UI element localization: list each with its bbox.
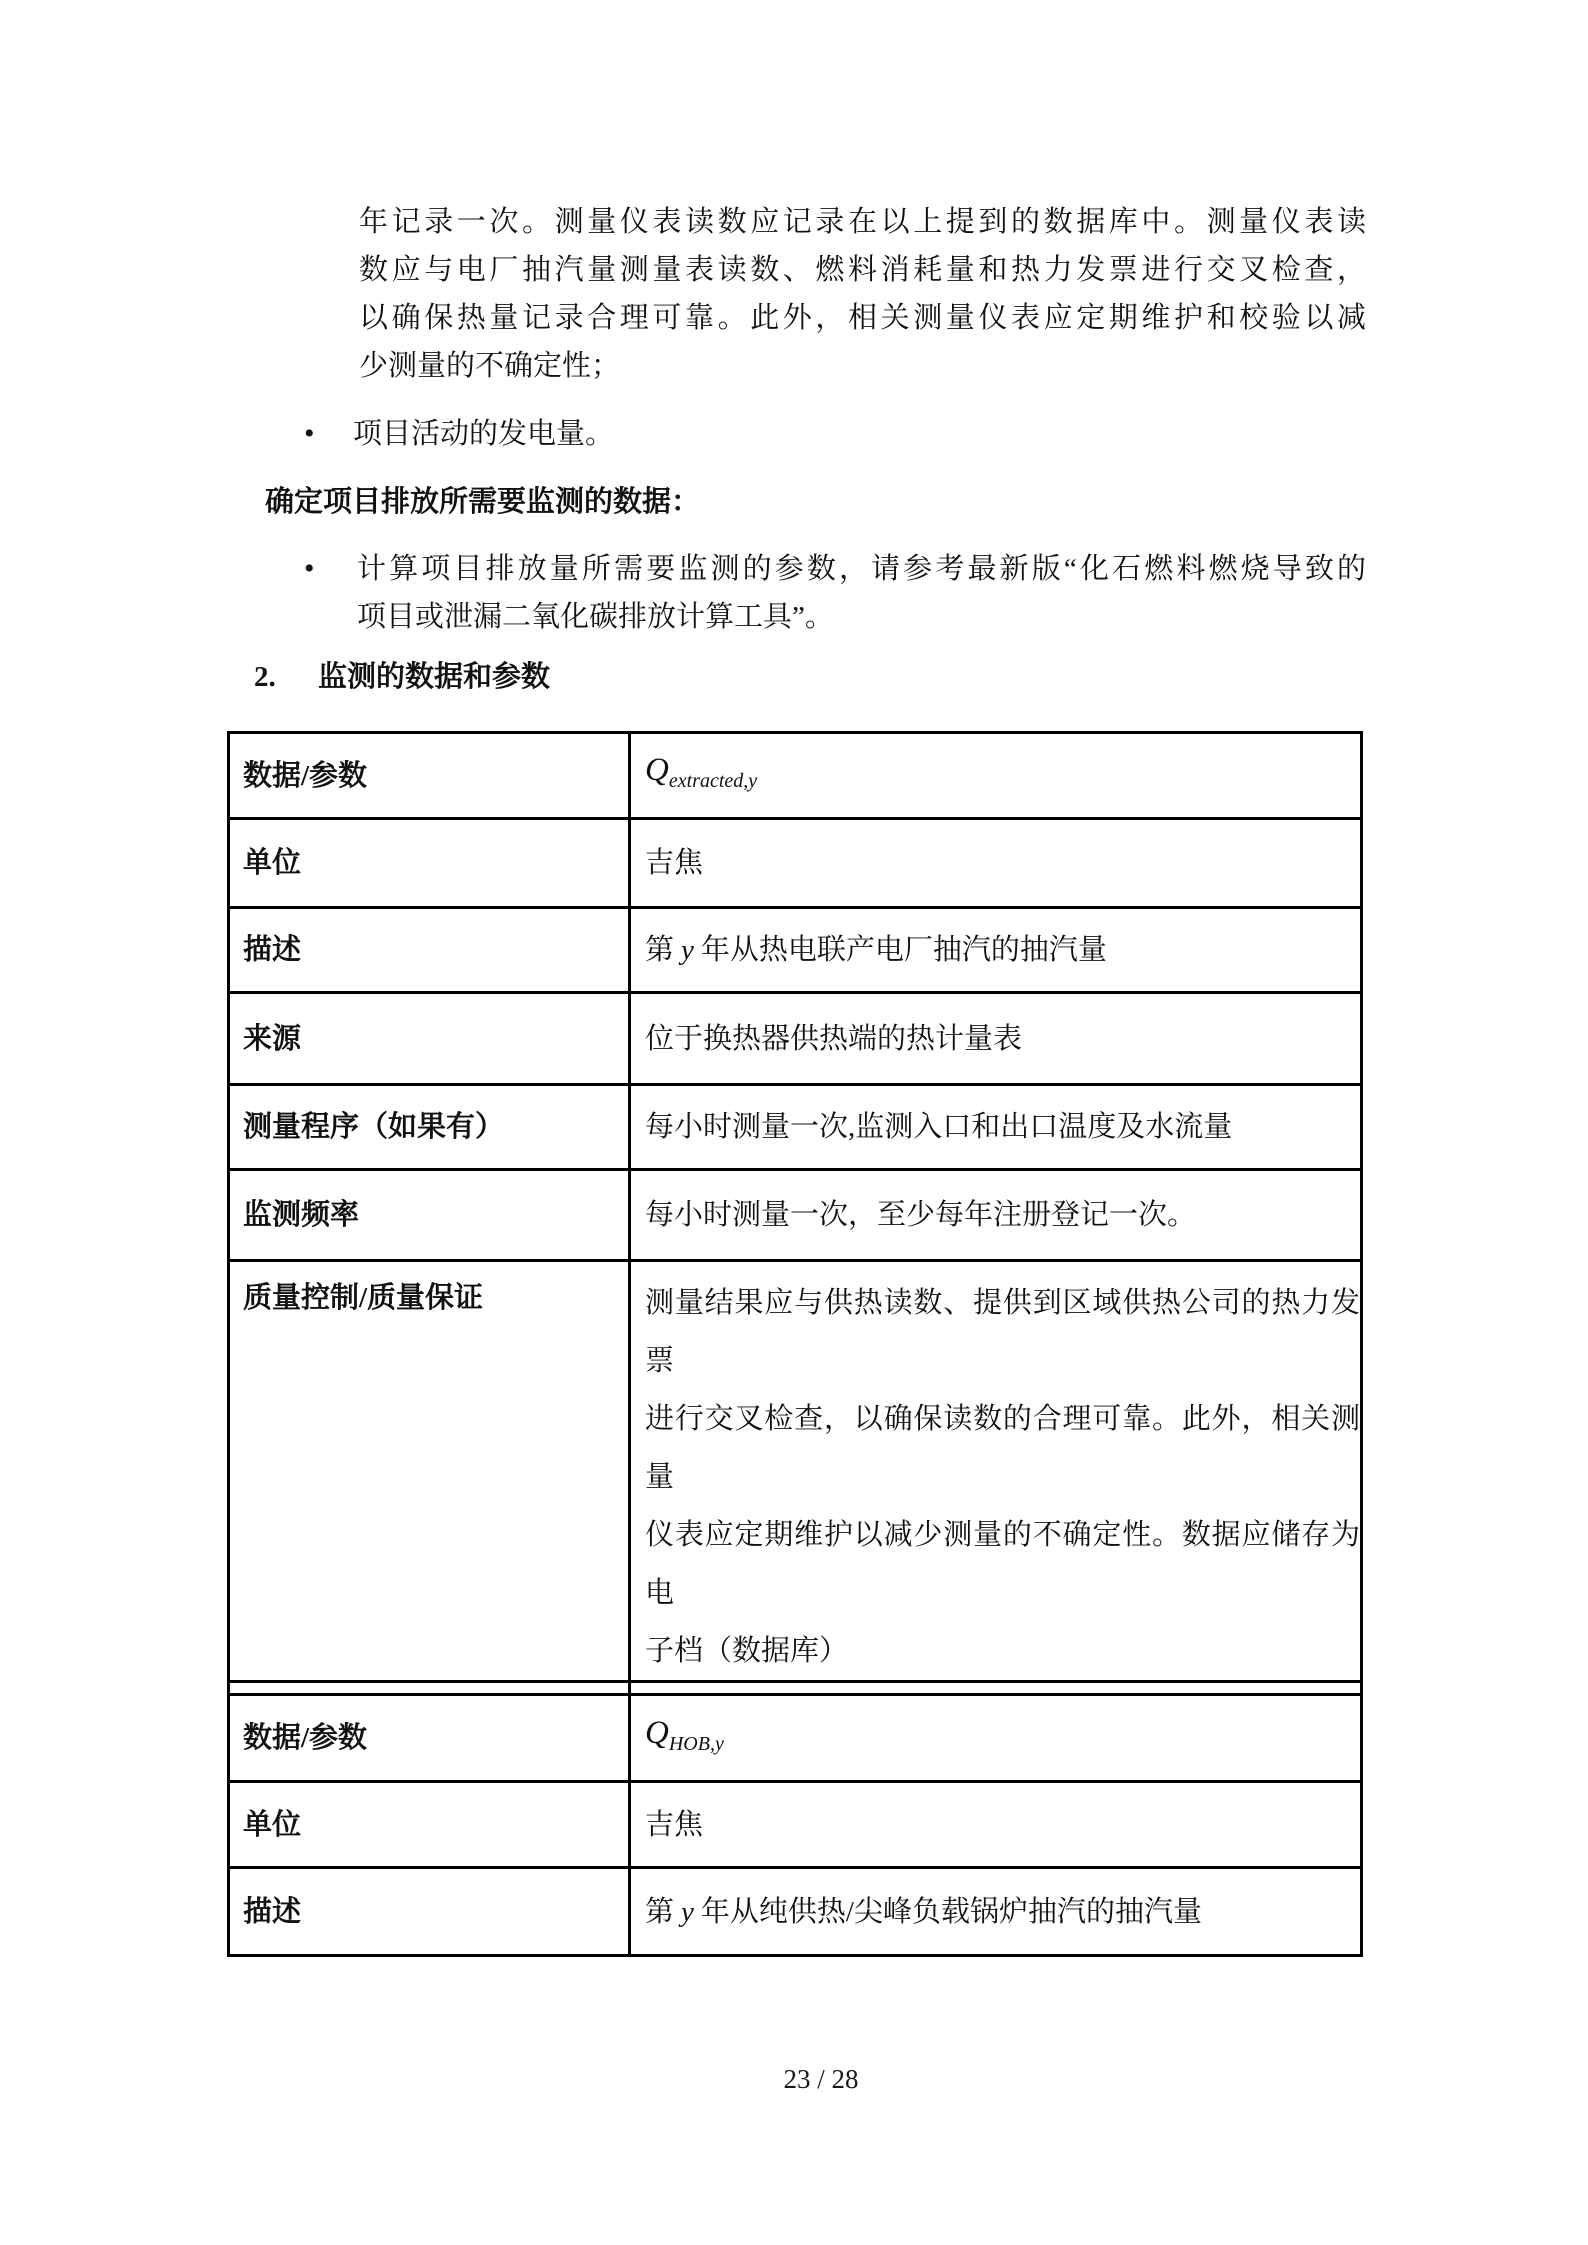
bullet-icon: • (304, 410, 315, 458)
row-label: 描述 (229, 1868, 630, 1956)
row-value: QHOB,y (630, 1695, 1362, 1782)
table-row-procedure: 测量程序（如果有） 每小时测量一次,监测入口和出口温度及水流量 (229, 1085, 1362, 1170)
qaqc-line-1: 测量结果应与供热读数、提供到区域供热公司的热力发票 (645, 1274, 1360, 1390)
row-value: 每小时测量一次，至少每年注册登记一次。 (630, 1170, 1362, 1261)
row-label: 来源 (229, 993, 630, 1085)
row-value: 测量结果应与供热读数、提供到区域供热公司的热力发票 进行交叉检查，以确保读数的合… (630, 1261, 1362, 1682)
row-label: 描述 (229, 908, 630, 993)
table-row-param: 数据/参数 QHOB,y (229, 1695, 1362, 1782)
bullet-icon: • (304, 545, 315, 593)
qaqc-line-4: 子档（数据库） (645, 1622, 1360, 1680)
paragraph-line-1: 年记录一次。测量仪表读数应记录在以上提到的数据库中。测量仪表读 (359, 198, 1366, 246)
qaqc-line-2: 进行交叉检查，以确保读数的合理可靠。此外，相关测量 (645, 1390, 1360, 1506)
table-row-description: 描述 第y年从纯供热/尖峰负载锅炉抽汽的抽汽量 (229, 1868, 1362, 1956)
table-row-description: 描述 第y年从热电联产电厂抽汽的抽汽量 (229, 908, 1362, 993)
table-row-param: 数据/参数 Qextracted,y (229, 733, 1362, 819)
row-label: 数据/参数 (229, 733, 630, 819)
parameter-symbol: QHOB,y (645, 1718, 724, 1750)
row-value: 每小时测量一次,监测入口和出口温度及水流量 (630, 1085, 1362, 1170)
row-label: 数据/参数 (229, 1695, 630, 1782)
table-row-unit: 单位 吉焦 (229, 819, 1362, 908)
numbered-heading-title: 监测的数据和参数 (318, 653, 550, 701)
row-label: 测量程序（如果有） (229, 1085, 630, 1170)
table-row-qaqc: 质量控制/质量保证 测量结果应与供热读数、提供到区域供热公司的热力发票 进行交叉… (229, 1261, 1362, 1682)
document-page: 年记录一次。测量仪表读数应记录在以上提到的数据库中。测量仪表读 数应与电厂抽汽量… (0, 0, 1588, 2245)
paragraph-line-4: 少测量的不确定性； (359, 342, 620, 390)
row-label: 监测频率 (229, 1170, 630, 1261)
variable-y: y (681, 1896, 694, 1928)
parameter-symbol: Qextracted,y (645, 755, 757, 787)
bullet-item-parameters-line-1: 计算项目排放量所需要监测的参数，请参考最新版“化石燃料燃烧导致的 (357, 545, 1366, 593)
variable-y: y (681, 934, 694, 966)
row-value: 第y年从纯供热/尖峰负载锅炉抽汽的抽汽量 (630, 1868, 1362, 1956)
bullet-item-generation: 项目活动的发电量。 (353, 410, 614, 458)
row-value: Qextracted,y (630, 733, 1362, 819)
numbered-heading-number: 2. (254, 653, 276, 701)
table-row-source: 来源 位于换热器供热端的热计量表 (229, 993, 1362, 1085)
bullet-item-parameters-line-2: 项目或泄漏二氧化碳排放计算工具”。 (357, 593, 834, 641)
paragraph-line-3: 以确保热量记录合理可靠。此外，相关测量仪表应定期维护和校验以减 (359, 294, 1366, 342)
page-number: 23 / 28 (0, 2064, 1588, 2094)
row-label: 质量控制/质量保证 (229, 1261, 630, 1682)
qaqc-line-3: 仪表应定期维护以减少测量的不确定性。数据应储存为电 (645, 1506, 1360, 1622)
parameter-table-2: 数据/参数 QHOB,y 单位 吉焦 描述 第y年从纯供热/尖峰负载锅炉抽汽的抽… (227, 1693, 1363, 1957)
table-row-unit: 单位 吉焦 (229, 1782, 1362, 1868)
row-value: 吉焦 (630, 1782, 1362, 1868)
table-row-frequency: 监测频率 每小时测量一次，至少每年注册登记一次。 (229, 1170, 1362, 1261)
row-value: 第y年从热电联产电厂抽汽的抽汽量 (630, 908, 1362, 993)
row-value: 位于换热器供热端的热计量表 (630, 993, 1362, 1085)
row-value: 吉焦 (630, 819, 1362, 908)
section-heading: 确定项目排放所需要监测的数据： (265, 478, 700, 526)
paragraph-line-2: 数应与电厂抽汽量测量表读数、燃料消耗量和热力发票进行交叉检查， (359, 246, 1366, 294)
parameter-table-1: 数据/参数 Qextracted,y 单位 吉焦 描述 第y年从热电联产电厂抽汽… (227, 731, 1363, 1770)
row-label: 单位 (229, 819, 630, 908)
row-label: 单位 (229, 1782, 630, 1868)
